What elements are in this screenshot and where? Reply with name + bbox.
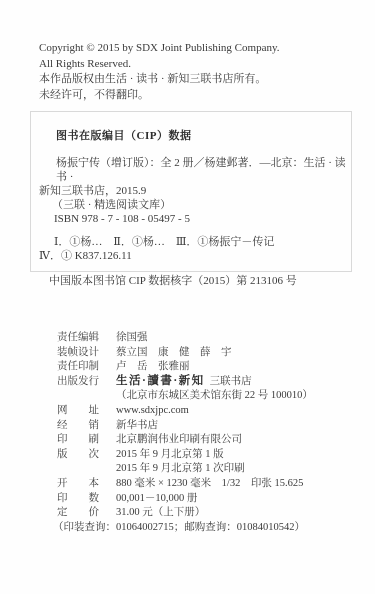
row-label: 责任印制	[57, 361, 103, 372]
print-query-note: （印装查询：01064002715；邮购查询：01084010542）	[53, 522, 361, 533]
colophon-row-edition: 版 次 2015 年 9 月北京第 1 版	[57, 449, 361, 460]
cip-data-box: 图书在版编目（CIP）数据 杨振宁传（增订版）：全 2 册／杨建邺著．—北京：生…	[30, 111, 352, 272]
row-label: 印 数	[57, 493, 103, 504]
cip-entry-line-2: 新知三联书店，2015.9	[39, 184, 351, 198]
row-value: 00,001－10,000 册	[116, 493, 197, 504]
cip-classification-line-2: Ⅳ．① K837.126.11	[39, 249, 351, 263]
row-value: 卢 岳 张雅丽	[116, 361, 190, 372]
row-value: 北京鹏润伟业印刷有限公司	[116, 434, 242, 445]
book-copyright-page: Copyright © 2015 by SDX Joint Publishing…	[0, 0, 375, 594]
cip-classification-line-1: Ⅰ．①杨… Ⅱ．①杨… Ⅲ．①杨振宁－传记	[54, 235, 351, 249]
publisher-name: 三联书店	[210, 376, 252, 387]
row-value: 880 毫米 × 1230 毫米 1/32 印张 15.625	[116, 478, 303, 489]
row-label: 开 本	[57, 478, 103, 489]
publisher-address: （北京市东城区美术馆东街 22 号 100010）	[116, 390, 361, 401]
colophon-row-distributor: 经 销 新华书店	[57, 420, 361, 431]
row-value: 31.00 元（上下册）	[116, 507, 205, 518]
copyright-block: Copyright © 2015 by SDX Joint Publishing…	[39, 41, 355, 104]
row-value: 新华书店	[116, 420, 158, 431]
colophon-row-format: 开 本 880 毫米 × 1230 毫米 1/32 印张 15.625	[57, 478, 361, 489]
colophon-row-publisher: 出版发行 生活·讀書·新知三联书店	[57, 376, 361, 387]
colophon-block: 责任编辑 徐国强 装帧设计 蔡立国 康 健 薛 宇 责任印制 卢 岳 张雅丽 出…	[57, 332, 361, 533]
colophon-row-editor: 责任编辑 徐国强	[57, 332, 361, 343]
row-label: 出版发行	[57, 376, 103, 387]
colophon-row-print-supervisor: 责任印制 卢 岳 张雅丽	[57, 361, 361, 372]
row-value: 蔡立国 康 健 薛 宇	[116, 347, 232, 358]
colophon-row-website: 网 址 www.sdxjpc.com	[57, 405, 361, 416]
cip-series-name: （三联 · 精选阅读文库）	[52, 198, 351, 212]
colophon-row-print-run: 印 数 00,001－10,000 册	[57, 493, 361, 504]
no-reprint-line: 未经许可，不得翻印。	[39, 88, 355, 104]
row-label: 经 销	[57, 420, 103, 431]
cip-isbn: ISBN 978 - 7 - 108 - 05497 - 5	[54, 212, 351, 226]
row-label: 责任编辑	[57, 332, 103, 343]
row-label: 版 次	[57, 449, 103, 460]
copyright-line-english: Copyright © 2015 by SDX Joint Publishing…	[39, 41, 355, 57]
colophon-row-designer: 装帧设计 蔡立国 康 健 薛 宇	[57, 347, 361, 358]
website-url: www.sdxjpc.com	[116, 405, 189, 416]
copyright-line-chinese: 本作品版权由生活 · 读书 · 新知三联书店所有。	[39, 72, 355, 88]
publisher-brand-logotype: 生活·讀書·新知	[116, 375, 205, 387]
colophon-row-printer: 印 刷 北京鹏润伟业印刷有限公司	[57, 434, 361, 445]
row-value: 徐国强	[116, 332, 148, 343]
row-label: 网 址	[57, 405, 103, 416]
row-label: 定 价	[57, 507, 103, 518]
cip-title: 图书在版编目（CIP）数据	[56, 129, 351, 143]
cip-entry-line-1: 杨振宁传（增订版）：全 2 册／杨建邺著．—北京：生活 · 读书 ·	[56, 156, 351, 184]
row-label: 装帧设计	[57, 347, 103, 358]
colophon-row-price: 定 价 31.00 元（上下册）	[57, 507, 361, 518]
row-value: 生活·讀書·新知三联书店	[116, 376, 252, 387]
row-label: 印 刷	[57, 434, 103, 445]
rights-reserved-line: All Rights Reserved.	[39, 57, 355, 73]
cip-record-number: 中国版本图书馆 CIP 数据核字（2015）第 213106 号	[49, 274, 351, 288]
row-value: 2015 年 9 月北京第 1 版	[116, 449, 224, 460]
edition-printing-line: 2015 年 9 月北京第 1 次印刷	[116, 463, 361, 474]
